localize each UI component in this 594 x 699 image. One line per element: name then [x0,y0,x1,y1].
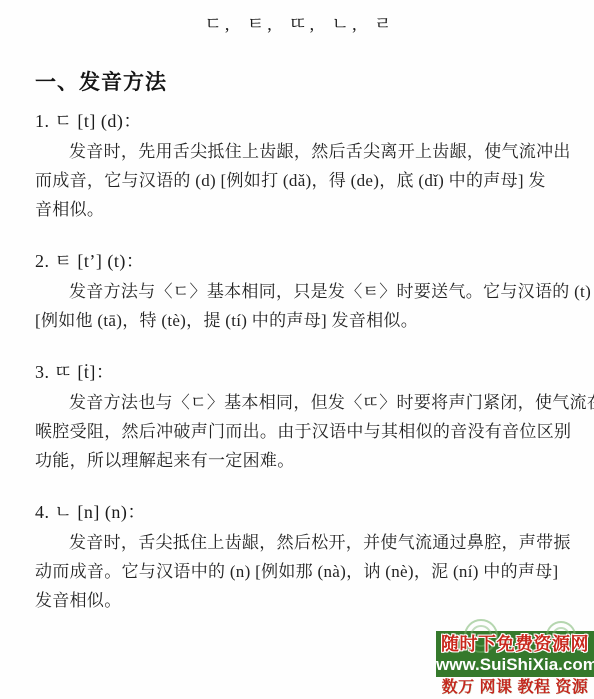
watermark-url: www.SuiShiXia.com [436,655,594,675]
paragraph-line: 发音方法也与〈ㄷ〉基本相同，但发〈ㄸ〉时要将声门紧闭，使气流在 [35,388,564,417]
section-paragraph: 发音时，先用舌尖抵住上齿龈，然后舌尖离开上齿龈，使气流冲出 而成音，它与汉语的 … [35,137,564,224]
jamo-consonants-header: ㄷ, ㅌ, ㄸ, ㄴ, ㄹ [35,10,564,36]
section-paragraph: 发音方法也与〈ㄷ〉基本相同，但发〈ㄸ〉时要将声门紧闭，使气流在 喉腔受阻，然后冲… [35,388,564,475]
paragraph-line: 而成音，它与汉语的 (d) [例如打 (dǎ)，得 (de)，底 (dǐ) 中的… [35,166,564,195]
watermark-site-name: 随时下免费资源网 [436,634,594,655]
section-heading: 2. ㅌ [t’] (t)： [35,248,564,275]
site-watermark-stamp: 随时下免费资源网 www.SuiShiXia.com 数万 网课 教程 资源 [436,631,594,697]
section-paragraph: 发音方法与〈ㄷ〉基本相同，只是发〈ㅌ〉时要送气。它与汉语的 (t) [例如他 (… [35,277,564,335]
paragraph-line: 动而成音。它与汉语中的 (n) [例如那 (nà)，讷 (nè)，泥 (ní) … [35,557,564,586]
paragraph-line: 发音时，先用舌尖抵住上齿龈，然后舌尖离开上齿龈，使气流冲出 [35,137,564,166]
pronunciation-section-4: 4. ㄴ [n] (n)： 发音时，舌尖抵住上齿龈，然后松开，并使气流通过鼻腔，… [35,499,564,615]
watermark-tagline: 数万 网课 教程 资源 [436,678,594,697]
scanned-textbook-page: ㄷ, ㅌ, ㄸ, ㄴ, ㄹ 一、发音方法 1. ㄷ [t] (d)： 发音时，先… [0,0,594,699]
section-heading: 3. ㄸ [ṫ]： [35,359,564,386]
paragraph-line: 发音时，舌尖抵住上齿龈，然后松开，并使气流通过鼻腔，声带振 [35,528,564,557]
paragraph-line: [例如他 (tā)，特 (tè)，提 (tí) 中的声母] 发音相似。 [35,306,564,335]
pronunciation-section-2: 2. ㅌ [t’] (t)： 发音方法与〈ㄷ〉基本相同，只是发〈ㅌ〉时要送气。它… [35,248,564,335]
pronunciation-section-1: 1. ㄷ [t] (d)： 发音时，先用舌尖抵住上齿龈，然后舌尖离开上齿龈，使气… [35,108,564,224]
watermark-green-panel: 随时下免费资源网 www.SuiShiXia.com [436,631,594,677]
section-heading: 4. ㄴ [n] (n)： [35,499,564,526]
paragraph-line: 喉腔受阻，然后冲破声门而出。由于汉语中与其相似的音没有音位区别 [35,417,564,446]
section-paragraph: 发音时，舌尖抵住上齿龈，然后松开，并使气流通过鼻腔，声带振 动而成音。它与汉语中… [35,528,564,615]
paragraph-line: 功能，所以理解起来有一定困难。 [35,446,564,475]
paragraph-line: 发音方法与〈ㄷ〉基本相同，只是发〈ㅌ〉时要送气。它与汉语的 (t) [35,277,564,306]
section-heading: 1. ㄷ [t] (d)： [35,108,564,135]
pronunciation-section-3: 3. ㄸ [ṫ]： 发音方法也与〈ㄷ〉基本相同，但发〈ㄸ〉时要将声门紧闭，使气流… [35,359,564,475]
paragraph-line: 发音相似。 [35,586,564,615]
page-title: 一、发音方法 [35,66,564,96]
paragraph-line: 音相似。 [35,195,564,224]
